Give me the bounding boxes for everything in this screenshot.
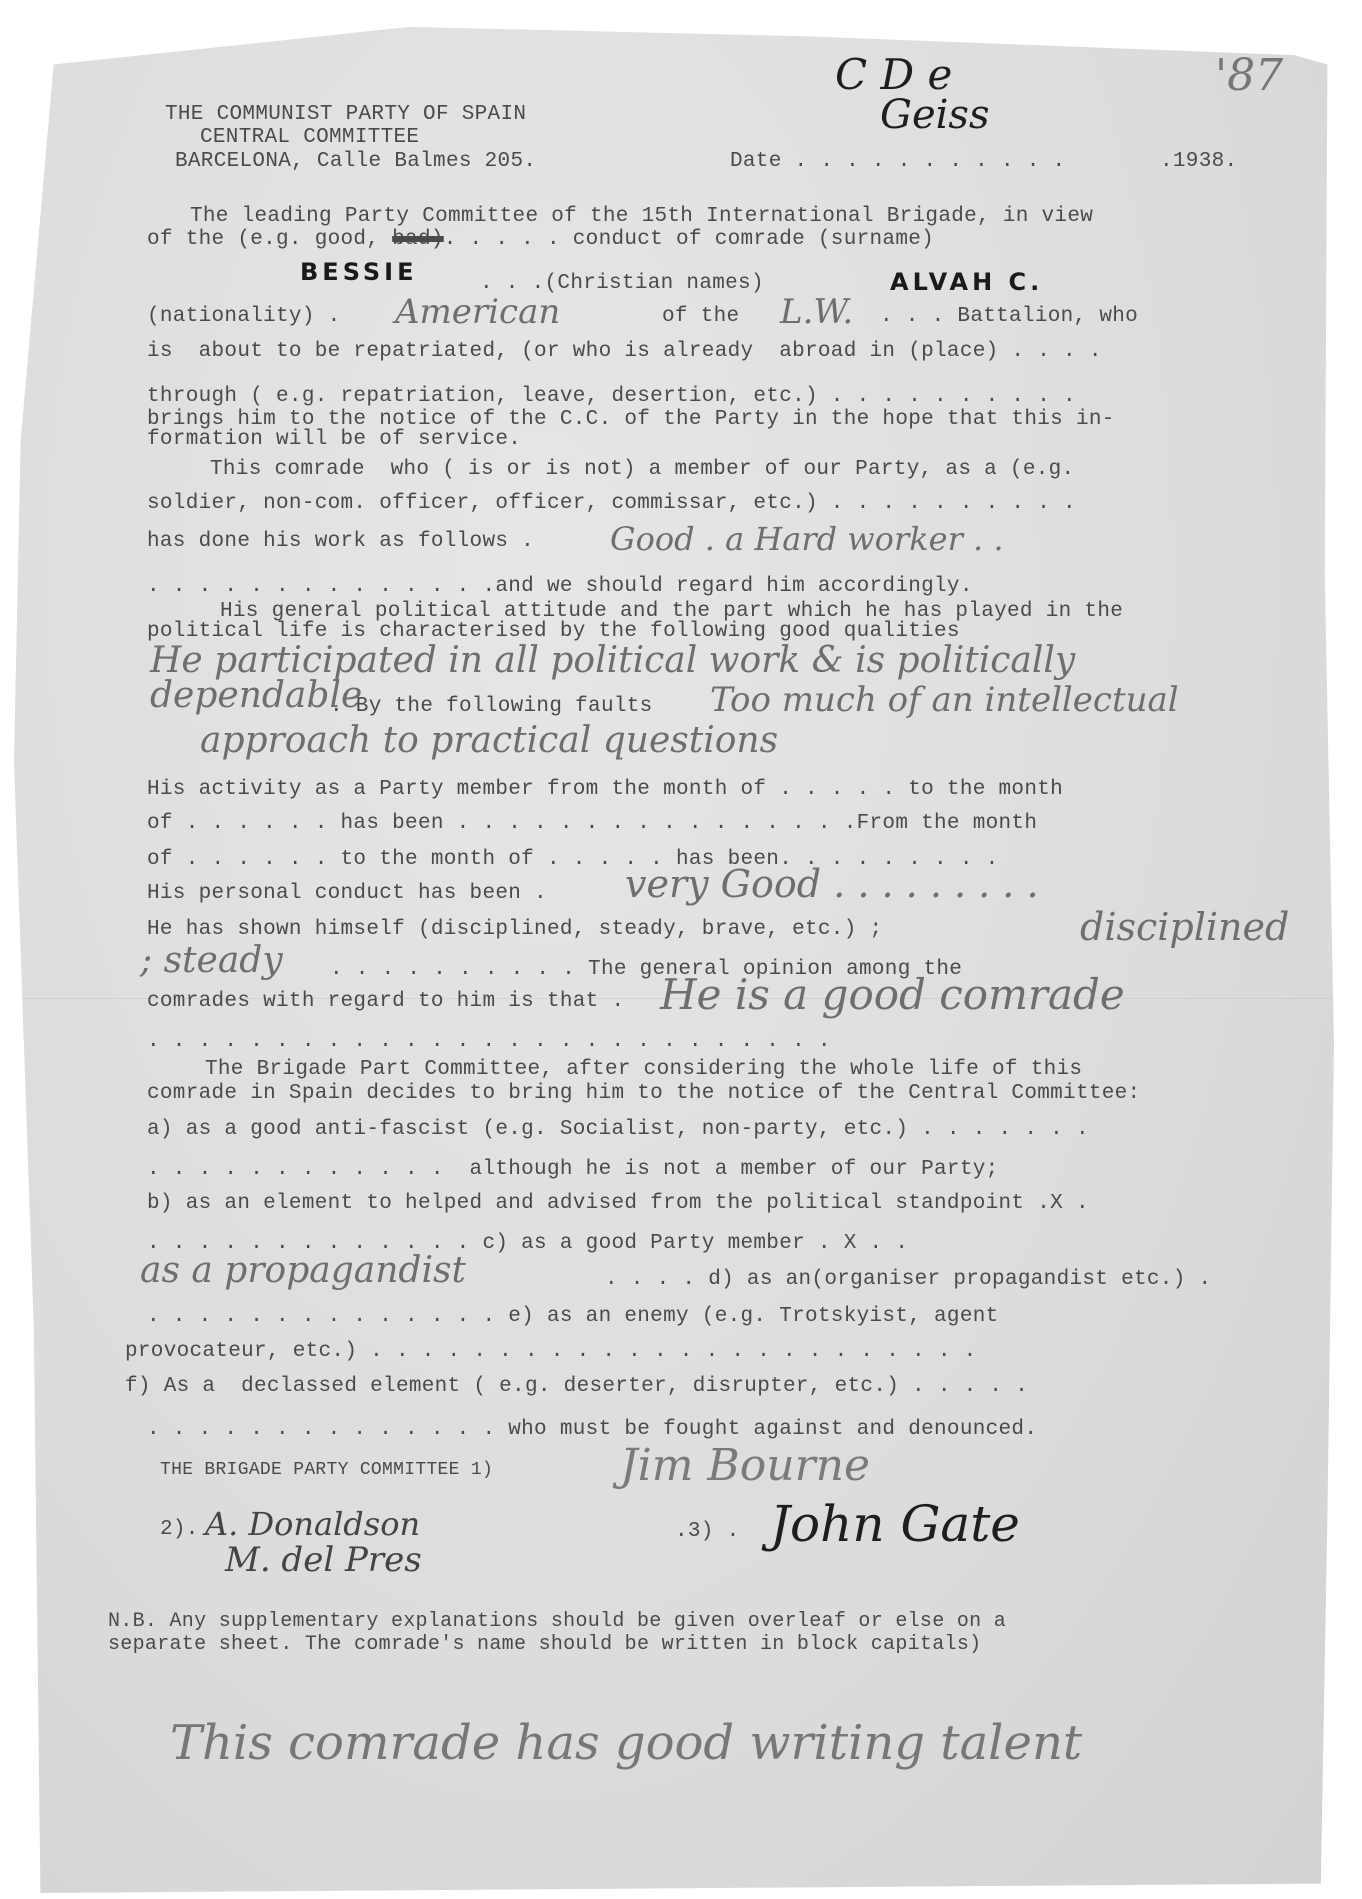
signature-1: Jim Bourne — [620, 1440, 870, 1491]
faults-value-2: approach to practical questions — [200, 720, 778, 761]
activity-line: His activity as a Party member from the … — [147, 778, 1063, 801]
shown-himself-value-1: disciplined — [1080, 905, 1289, 949]
nationality-value: American — [395, 292, 560, 332]
page-number: '87 — [1215, 50, 1283, 101]
decision-line-2: comrade in Spain decides to bring him to… — [147, 1082, 1140, 1105]
option-e: . . . . . . . . . . . . . . e) as an ene… — [147, 1305, 999, 1328]
nb-note-1: N.B. Any supplementary explanations shou… — [108, 1610, 1006, 1633]
option-f-cont: . . . . . . . . . . . . . . who must be … — [147, 1418, 1037, 1441]
shown-himself-label: He has shown himself (disciplined, stead… — [147, 918, 882, 941]
handwritten-name: Geiss — [880, 92, 989, 138]
party-name: THE COMMUNIST PARTY OF SPAIN — [165, 103, 526, 126]
option-f: f) As a declassed element ( e.g. deserte… — [125, 1375, 1028, 1398]
option-d: . . . . d) as an(organiser propagandist … — [605, 1268, 1211, 1291]
option-b: b) as an element to helped and advised f… — [147, 1192, 1089, 1215]
member-line: This comrade who ( is or is not) a membe… — [210, 458, 1074, 481]
nb-note-2: separate sheet. The comrade's name shoul… — [108, 1633, 981, 1656]
dotted-line: . . . . . . . . . . . . . . . . . . . . … — [147, 1030, 831, 1053]
committee-label: THE BRIGADE PARTY COMMITTEE 1) — [160, 1460, 493, 1480]
shown-himself-value-2: ; steady — [140, 940, 283, 981]
footer-handwritten-note: This comrade has good writing talent — [170, 1715, 1082, 1771]
option-a: a) as a good anti-fascist (e.g. Socialis… — [147, 1118, 1089, 1141]
work-value: Good . a Hard worker . . — [610, 520, 1004, 558]
conduct-line: of the (e.g. good, bad). . . . . conduct… — [147, 228, 934, 251]
decision-line: The Brigade Part Committee, after consid… — [205, 1058, 1082, 1081]
personal-conduct-label: His personal conduct has been . — [147, 882, 547, 905]
signature-3: John Gate — [770, 1495, 1020, 1553]
option-a-cont: . . . . . . . . . . . . although he is n… — [147, 1158, 999, 1181]
through-line: through ( e.g. repatriation, leave, dese… — [147, 385, 1076, 408]
role-line: soldier, non-com. officer, officer, comm… — [147, 492, 1076, 515]
committee-name: CENTRAL COMMITTEE — [200, 126, 419, 149]
address: BARCELONA, Calle Balmes 205. — [175, 150, 536, 173]
option-e-cont: provocateur, etc.) . . . . . . . . . . .… — [125, 1340, 977, 1363]
date-label: Date . . . . . . . . . . . — [730, 150, 1065, 173]
personal-conduct-value: very Good . . . . . . . . . — [625, 862, 1039, 906]
work-label: has done his work as follows . — [147, 530, 534, 553]
year: .1938. — [1160, 150, 1237, 173]
activity-line-2: of . . . . . . has been . . . . . . . . … — [147, 812, 1037, 835]
signature-2: A. Donaldson — [205, 1505, 420, 1543]
signature-2b: M. del Pres — [225, 1540, 422, 1580]
battalion-label: . . . Battalion, who — [880, 305, 1138, 328]
of-the-label: of the — [662, 305, 739, 328]
christian-names-value: ALVAH C. — [890, 268, 1043, 296]
faults-value-1: Too much of an intellectual — [710, 680, 1179, 720]
propagandist-note: as a propagandist — [140, 1250, 466, 1291]
service-line: formation will be of service. — [147, 428, 521, 451]
signature-2-label: 2). — [160, 1518, 199, 1541]
intro-line: The leading Party Committee of the 15th … — [190, 205, 1093, 228]
faults-label: . By the following faults — [330, 695, 653, 718]
signature-3-label: .3) . — [675, 1520, 740, 1543]
regard-line: . . . . . . . . . . . . . .and we should… — [147, 575, 973, 598]
nationality-label: (nationality) . — [147, 305, 341, 328]
opinion-label: comrades with regard to him is that . — [147, 990, 624, 1013]
battalion-value: L.W. — [780, 292, 853, 332]
opinion-value: He is a good comrade — [660, 970, 1125, 1019]
surname-value: BESSIE — [300, 258, 418, 286]
repatriation-line: is about to be repatriated, (or who is a… — [147, 340, 1102, 363]
